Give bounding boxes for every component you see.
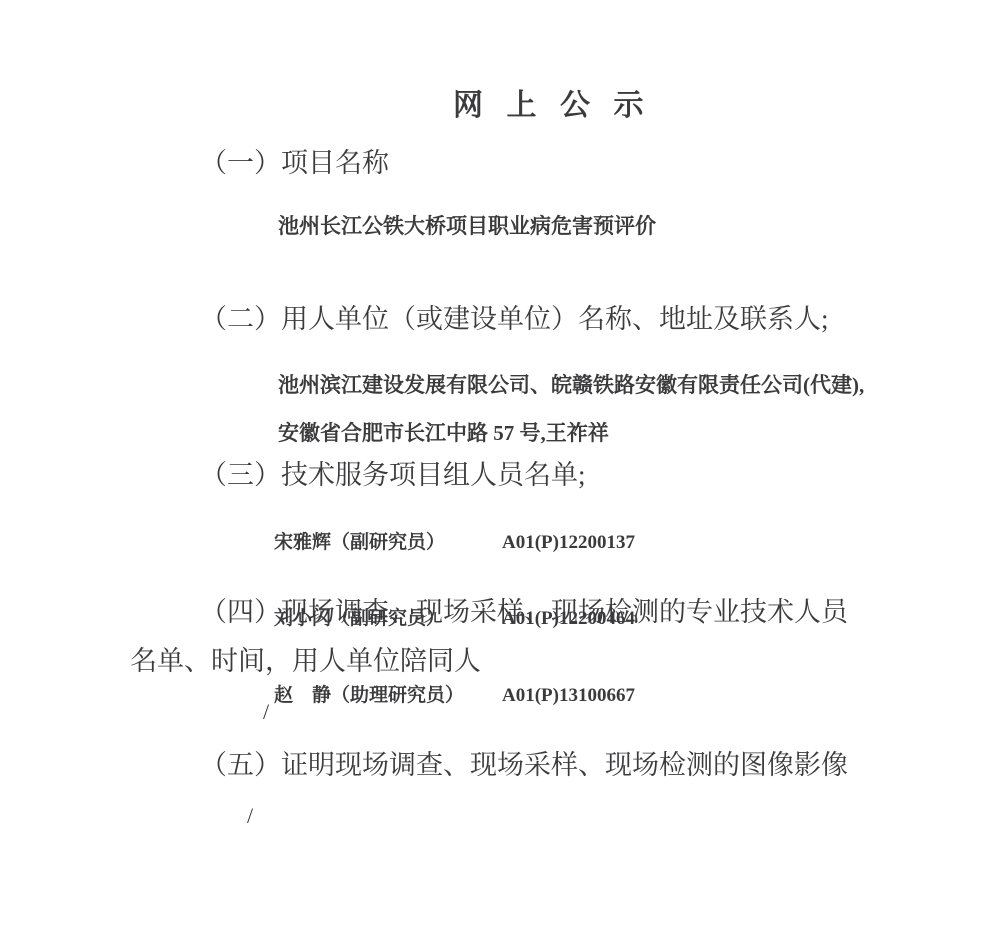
personnel-code: A01(P)12200137: [502, 530, 635, 556]
section-1-heading: （一）项目名称: [200, 147, 389, 179]
page-title: 网 上 公 示: [453, 88, 652, 124]
section-5-empty-value: /: [247, 803, 253, 829]
personnel-name: 宋雅辉（副研究员）: [274, 530, 502, 556]
personnel-row: 宋雅辉（副研究员）A01(P)12200137: [255, 504, 635, 581]
section-4-empty-value: /: [263, 699, 269, 725]
section-2-heading: （二）用人单位（或建设单位）名称、地址及联系人;: [200, 303, 829, 335]
project-name-text: 池州长江公铁大桥项目职业病危害预评价: [278, 214, 656, 239]
section-4-heading-line1: （四）现场调查、现场采样、现场检测的专业技术人员: [200, 596, 848, 628]
personnel-name: 赵 静（助理研究员）: [274, 683, 502, 709]
section-4-heading-line2: 名单、时间，用人单位陪同人: [130, 645, 481, 677]
section-3-heading: （三）技术服务项目组人员名单;: [200, 459, 586, 491]
employer-names-text: 池州滨江建设发展有限公司、皖赣铁路安徽有限责任公司(代建),: [278, 373, 864, 398]
employer-address-text: 安徽省合肥市长江中路 57 号,王祚祥: [278, 421, 609, 446]
personnel-code: A01(P)13100667: [502, 683, 635, 709]
section-5-heading: （五）证明现场调查、现场采样、现场检测的图像影像: [200, 749, 848, 781]
